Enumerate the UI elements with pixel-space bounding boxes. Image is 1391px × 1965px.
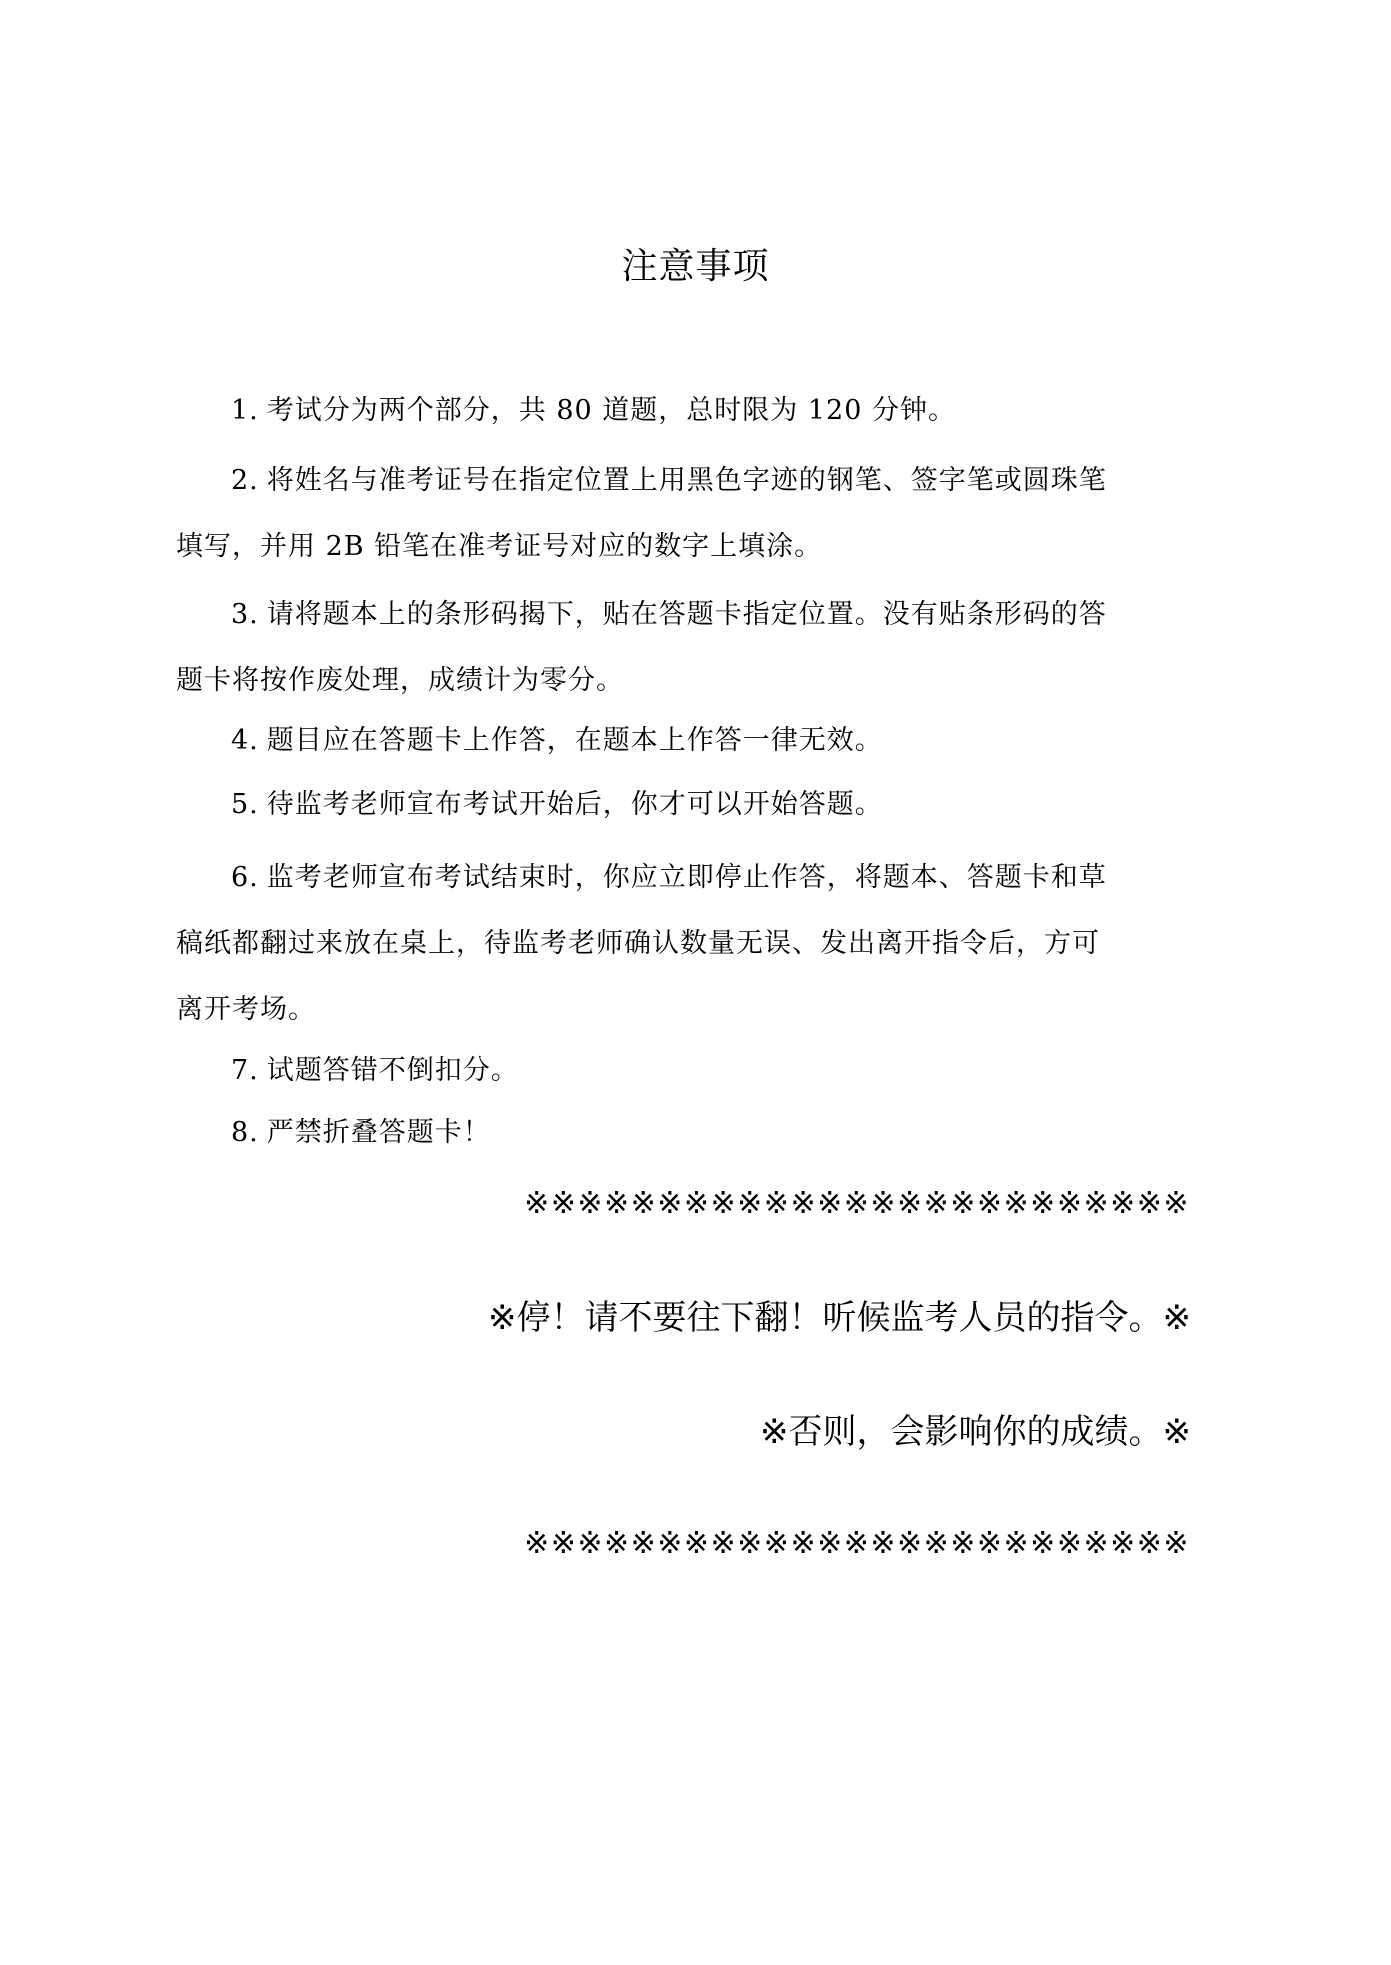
item-text: 监考老师宣布考试结束时，你应立即停止作答，将题本、答题卡和草 (267, 862, 1107, 893)
item-number: 5. (231, 789, 259, 820)
item-text: 将姓名与准考证号在指定位置上用黑色字迹的钢笔、签字笔或圆珠笔 (267, 465, 1107, 496)
item-text: 请将题本上的条形码揭下，贴在答题卡指定位置。没有贴条形码的答 (267, 599, 1107, 630)
separator-bottom: ※※※※※※※※※※※※※※※※※※※※※※※※※ (250, 1524, 1190, 1564)
item-number: 8. (231, 1117, 259, 1148)
item-text-continued: 填写，并用 2B 铅笔在准考证号对应的数字上填涂。 (176, 514, 1226, 580)
notice-item-5: 5.待监考老师宣布考试开始后，你才可以开始答题。 (176, 772, 1226, 838)
item-number: 7. (231, 1055, 259, 1086)
notice-item-3: 3.请将题本上的条形码揭下，贴在答题卡指定位置。没有贴条形码的答 题卡将按作废处… (176, 582, 1226, 714)
page-title: 注意事项 (0, 243, 1391, 291)
item-text: 题目应在答题卡上作答，在题本上作答一律无效。 (267, 725, 883, 756)
item-number: 6. (231, 862, 259, 893)
item-text: 考试分为两个部分，共 80 道题，总时限为 120 分钟。 (267, 395, 956, 426)
item-text: 试题答错不倒扣分。 (267, 1055, 519, 1086)
notice-item-4: 4.题目应在答题卡上作答，在题本上作答一律无效。 (176, 708, 1226, 774)
warning-consequence: ※否则，会影响你的成绩。※ (760, 1408, 1191, 1456)
notice-item-7: 7.试题答错不倒扣分。 (176, 1038, 1226, 1104)
item-text-continued: 离开考场。 (176, 977, 1226, 1043)
notice-item-1: 1.考试分为两个部分，共 80 道题，总时限为 120 分钟。 (176, 378, 1226, 444)
item-text-continued: 稿纸都翻过来放在桌上，待监考老师确认数量无误、发出离开指令后，方可 (176, 911, 1226, 977)
item-text: 待监考老师宣布考试开始后，你才可以开始答题。 (267, 789, 883, 820)
notice-item-8: 8.严禁折叠答题卡！ (176, 1100, 1226, 1166)
separator-top: ※※※※※※※※※※※※※※※※※※※※※※※※※ (250, 1184, 1190, 1224)
item-number: 3. (231, 599, 259, 630)
item-text-continued: 题卡将按作废处理，成绩计为零分。 (176, 648, 1226, 714)
item-number: 1. (231, 395, 259, 426)
item-number: 2. (231, 465, 259, 496)
warning-stop: ※停！请不要往下翻！听候监考人员的指令。※ (488, 1294, 1191, 1342)
item-text: 严禁折叠答题卡！ (267, 1117, 491, 1148)
document-page: 注意事项 1.考试分为两个部分，共 80 道题，总时限为 120 分钟。 2.将… (0, 0, 1391, 1965)
notice-item-6: 6.监考老师宣布考试结束时，你应立即停止作答，将题本、答题卡和草 稿纸都翻过来放… (176, 845, 1226, 1043)
item-number: 4. (231, 725, 259, 756)
notice-item-2: 2.将姓名与准考证号在指定位置上用黑色字迹的钢笔、签字笔或圆珠笔 填写，并用 2… (176, 448, 1226, 580)
